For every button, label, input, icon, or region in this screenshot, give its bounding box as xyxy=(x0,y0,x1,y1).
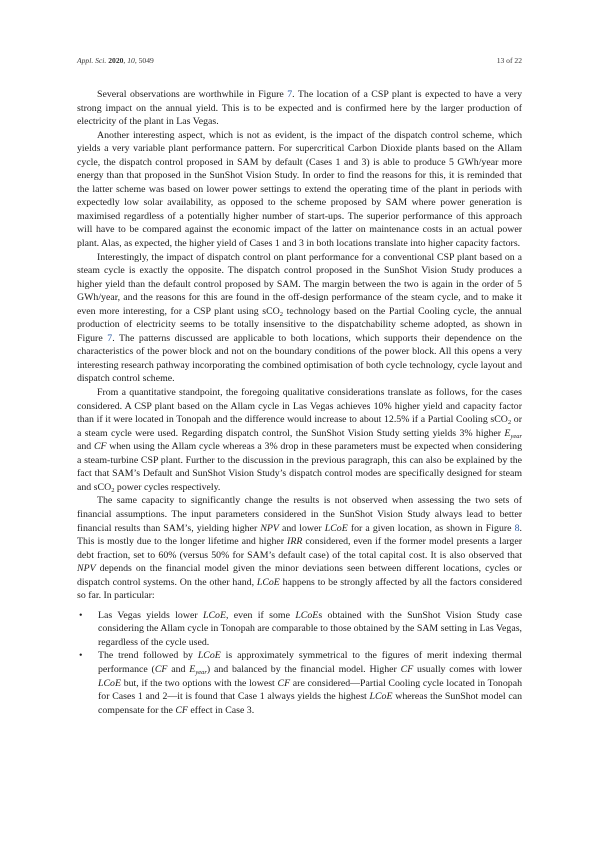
math-symbol: LCoE xyxy=(203,610,226,621)
math-symbol: CF xyxy=(401,664,414,675)
math-symbol: IRR xyxy=(287,536,302,547)
running-header: Appl. Sci. 2020, 10, 5049 13 of 22 xyxy=(77,56,522,68)
text-run: for a given location, as shown in Figure xyxy=(348,523,515,534)
bullet-list: •Las Vegas yields lower LCoE, even if so… xyxy=(77,609,522,717)
journal-year: 2020 xyxy=(108,56,123,65)
math-symbol: LCoE xyxy=(295,610,318,621)
math-symbol: CF xyxy=(155,664,168,675)
text-run: . The patterns discussed are applicable … xyxy=(77,333,522,385)
paragraph: Another interesting aspect, which is not… xyxy=(77,129,522,251)
text-run: Several observations are worthwhile in F… xyxy=(97,89,287,100)
text-run: From a quantitative standpoint, the fore… xyxy=(77,387,522,425)
journal-name: Appl. Sci. xyxy=(77,56,106,65)
body-text: Several observations are worthwhile in F… xyxy=(77,88,522,717)
paragraph: Several observations are worthwhile in F… xyxy=(77,88,522,129)
subscript: year xyxy=(195,669,207,676)
page-number: 13 of 22 xyxy=(497,56,522,65)
paragraph: Interestingly, the impact of dispatch co… xyxy=(77,251,522,386)
document-page: Appl. Sci. 2020, 10, 5049 13 of 22 Sever… xyxy=(0,0,595,842)
math-symbol: CF xyxy=(175,705,188,716)
text-run: effect in Case 3. xyxy=(188,705,254,716)
paragraph: The same capacity to significantly chang… xyxy=(77,494,522,602)
text-run: but, if the two options with the lowest xyxy=(121,678,278,689)
math-symbol: CF xyxy=(94,441,107,452)
text-run: and xyxy=(77,441,94,452)
text-run: , even if some xyxy=(226,610,295,621)
math-symbol: NPV xyxy=(260,523,279,534)
math-symbol: LCoE xyxy=(257,577,280,588)
text-run: and xyxy=(167,664,189,675)
math-symbol: CF xyxy=(278,678,291,689)
math-symbol: LCoE xyxy=(325,523,348,534)
text-run: and lower xyxy=(279,523,325,534)
bullet-icon: • xyxy=(79,649,82,663)
bullet-icon: • xyxy=(79,609,82,623)
math-symbol: LCoE xyxy=(198,650,221,661)
journal-volume: 10 xyxy=(127,56,135,65)
subscript: year xyxy=(510,433,522,440)
math-symbol: LCoE xyxy=(98,678,121,689)
text-run: ) and balanced by the financial model. H… xyxy=(207,664,401,675)
bullet-item: •Las Vegas yields lower LCoE, even if so… xyxy=(77,609,522,650)
article-number: 5049 xyxy=(139,56,154,65)
math-symbol: NPV xyxy=(77,563,96,574)
paragraph: From a quantitative standpoint, the fore… xyxy=(77,386,522,494)
journal-citation: Appl. Sci. 2020, 10, 5049 xyxy=(77,56,154,65)
paragraphs: Several observations are worthwhile in F… xyxy=(77,88,522,603)
text-run: Another interesting aspect, which is not… xyxy=(77,130,522,249)
text-run: usually comes with lower xyxy=(413,664,522,675)
text-run: Las Vegas yields lower xyxy=(98,610,203,621)
math-symbol: LCoE xyxy=(370,691,393,702)
text-run: The trend followed by xyxy=(98,650,198,661)
bullet-item: •The trend followed by LCoE is approxima… xyxy=(77,649,522,717)
text-run: power cycles respectively. xyxy=(114,482,220,493)
